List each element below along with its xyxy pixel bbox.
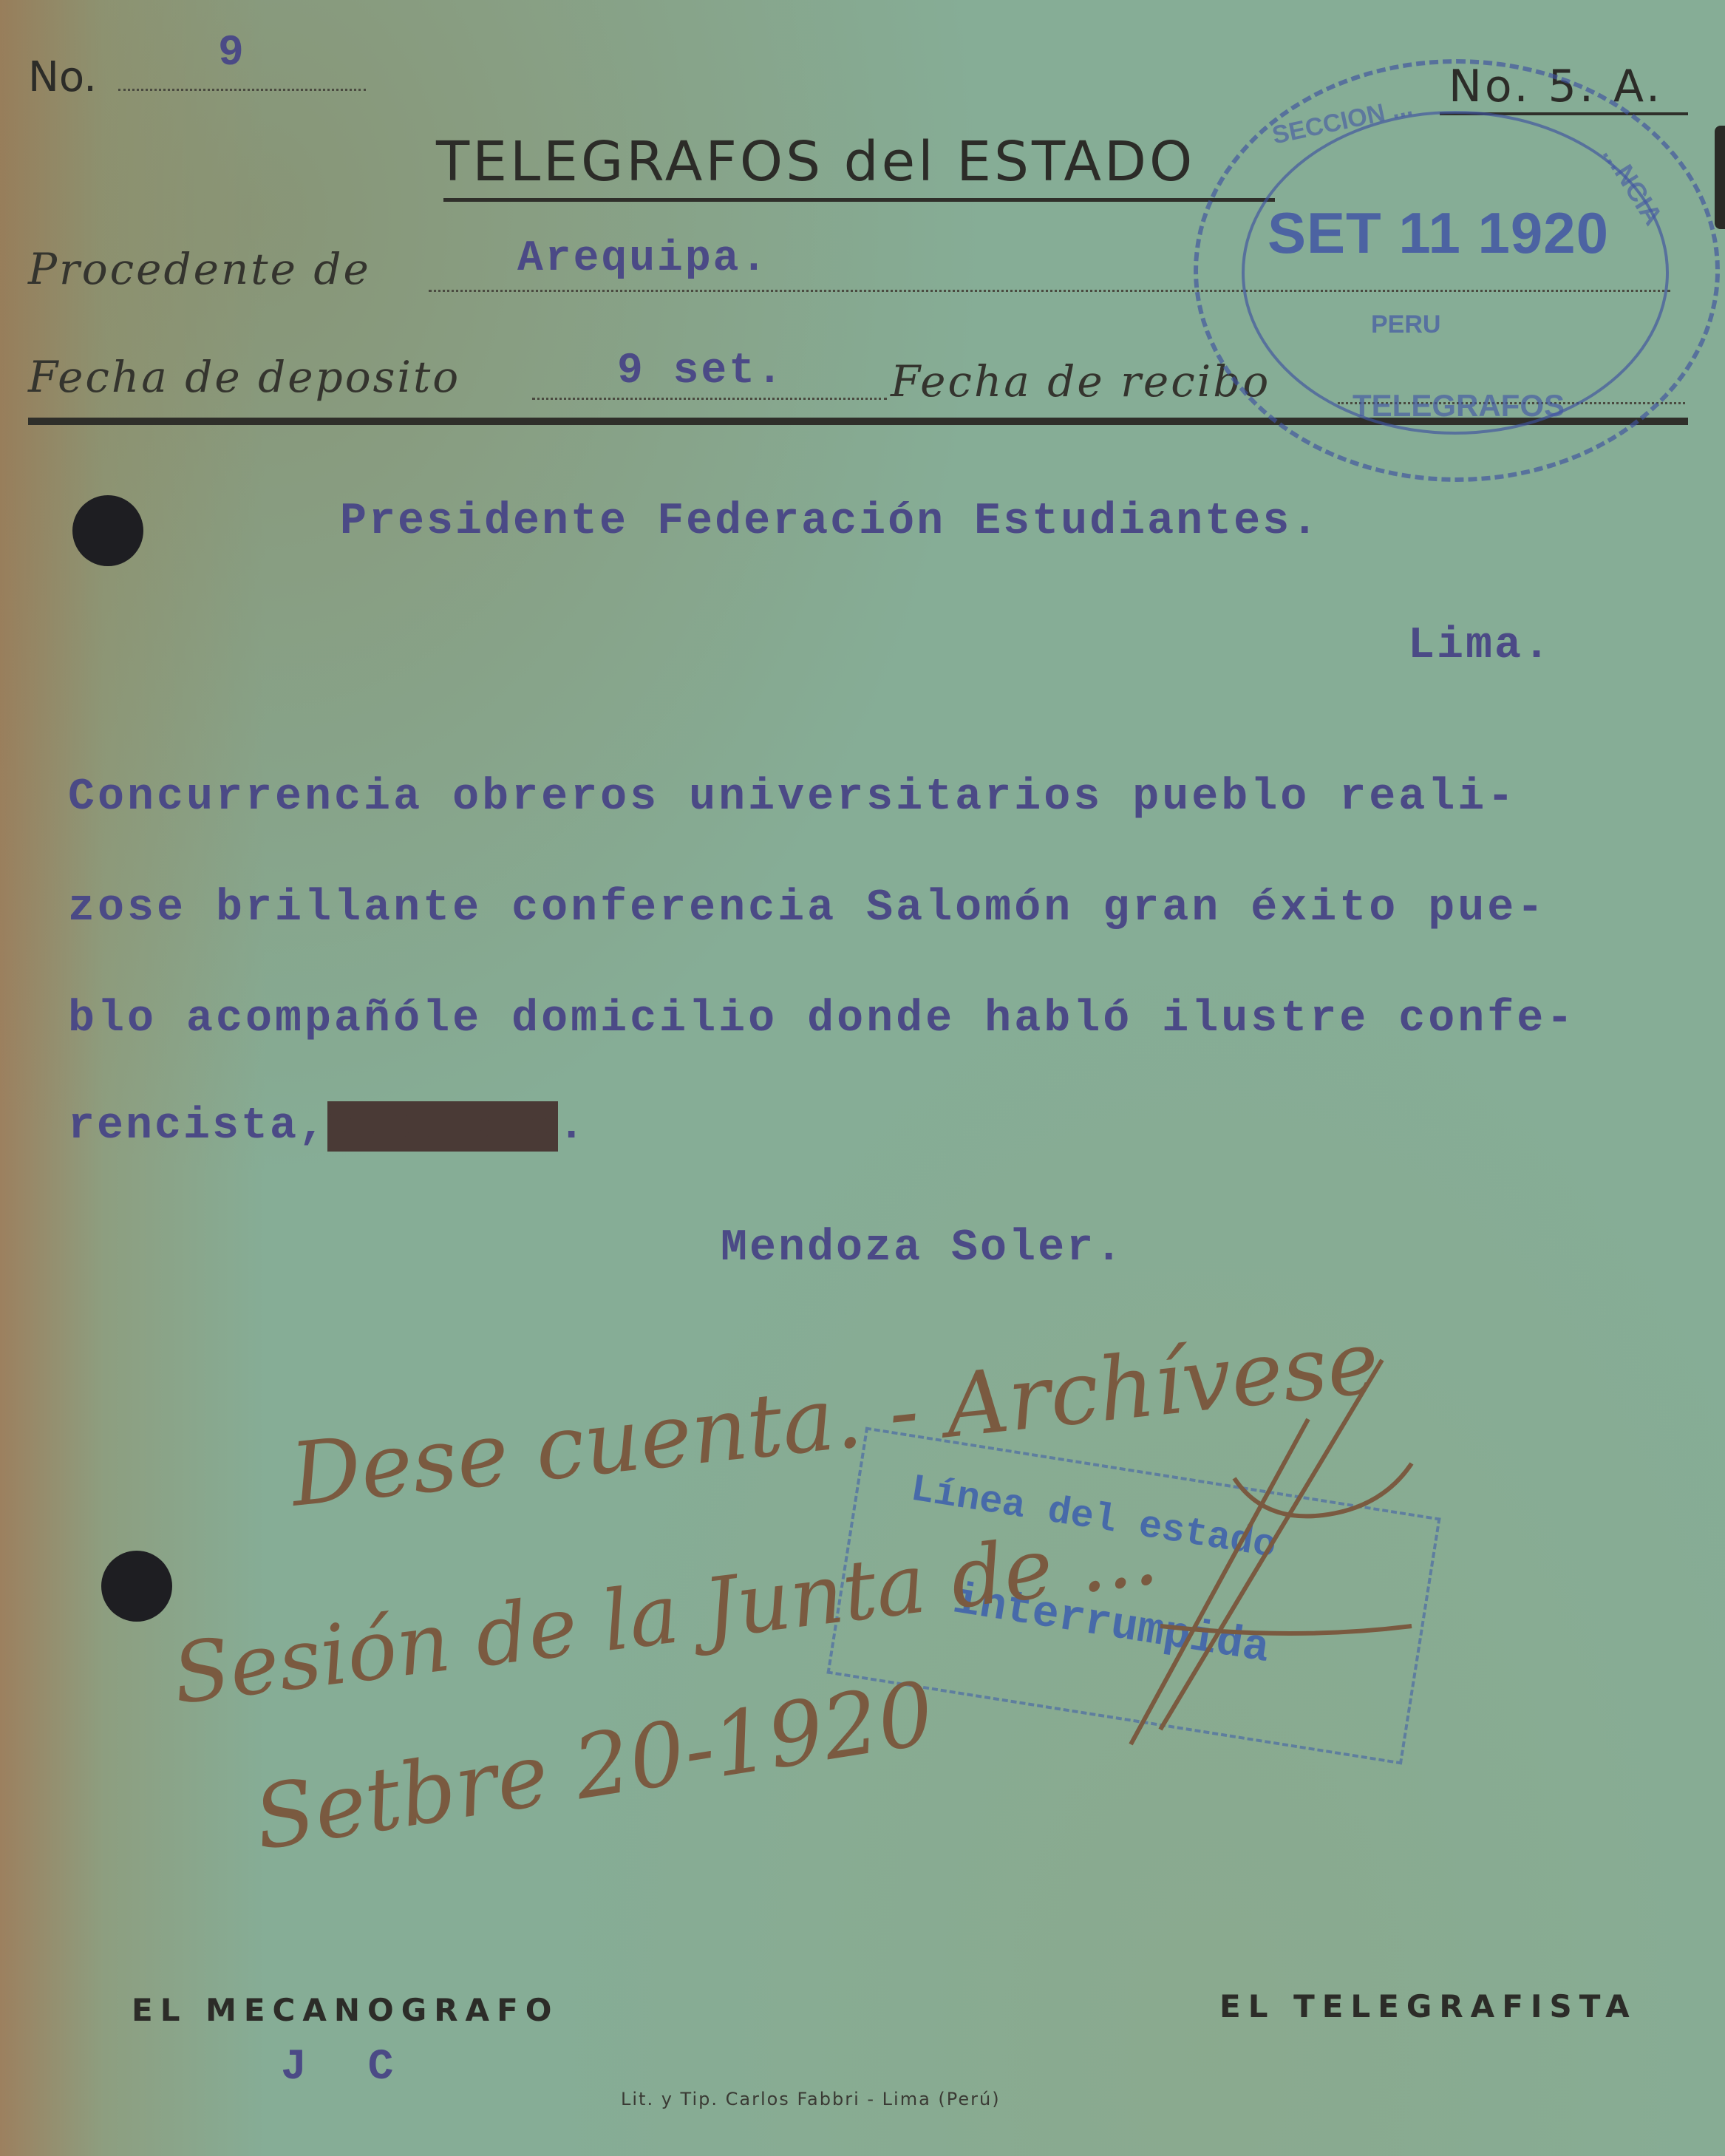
origin-value: Arequipa. <box>517 235 769 283</box>
typist-initials: J C <box>281 2044 411 2092</box>
struck-out-word: publique <box>327 1101 558 1152</box>
receipt-date-label: Fecha de recibo <box>891 356 1270 407</box>
deposit-date-dotted-line <box>532 398 887 400</box>
number-label: No. <box>28 53 97 101</box>
typist-label: EL MECANOGRAFO <box>132 1992 559 2028</box>
deposit-date-value: 9 set. <box>617 347 785 395</box>
deposit-date-label: Fecha de deposito <box>28 352 460 402</box>
postmark-inner-text: PERU <box>1371 310 1440 339</box>
telegraphist-label: EL TELEGRAFISTA <box>1219 1988 1637 2024</box>
postmark-ring-text-bottom: TELEGRAFOS <box>1353 388 1565 424</box>
paper-edge-shadow <box>1715 126 1725 229</box>
punch-hole-bottom <box>101 1551 172 1622</box>
page-title: TELEGRAFOS del ESTADO <box>436 130 1195 194</box>
message-line-4: rencista,publique. <box>68 1101 587 1152</box>
handwritten-signature-flourish <box>850 1330 1478 1774</box>
message-final-period: . <box>558 1101 587 1152</box>
message-line-1: Concurrencia obreros universitarios pueb… <box>68 772 1517 823</box>
message-line-2: zose brillante conferencia Salomón gran … <box>68 883 1546 934</box>
origin-label: Procedente de <box>28 244 371 294</box>
title-underline <box>443 198 1275 202</box>
postmark-date: SET 11 1920 <box>1268 200 1609 267</box>
message-line-3: blo acompañóle domicilio donde habló ilu… <box>68 994 1576 1044</box>
addressee-city: Lima. <box>1408 621 1552 671</box>
punch-hole-top <box>72 495 143 566</box>
number-dotted-line <box>118 89 366 91</box>
printer-imprint: Lit. y Tip. Carlos Fabbri - Lima (Perú) <box>621 2089 1001 2109</box>
number-value: 9 <box>218 30 246 78</box>
addressee: Presidente Federación Estudiantes. <box>340 497 1320 547</box>
message-last-word: rencista, <box>68 1101 327 1152</box>
sender-signature: Mendoza Soler. <box>721 1223 1124 1273</box>
